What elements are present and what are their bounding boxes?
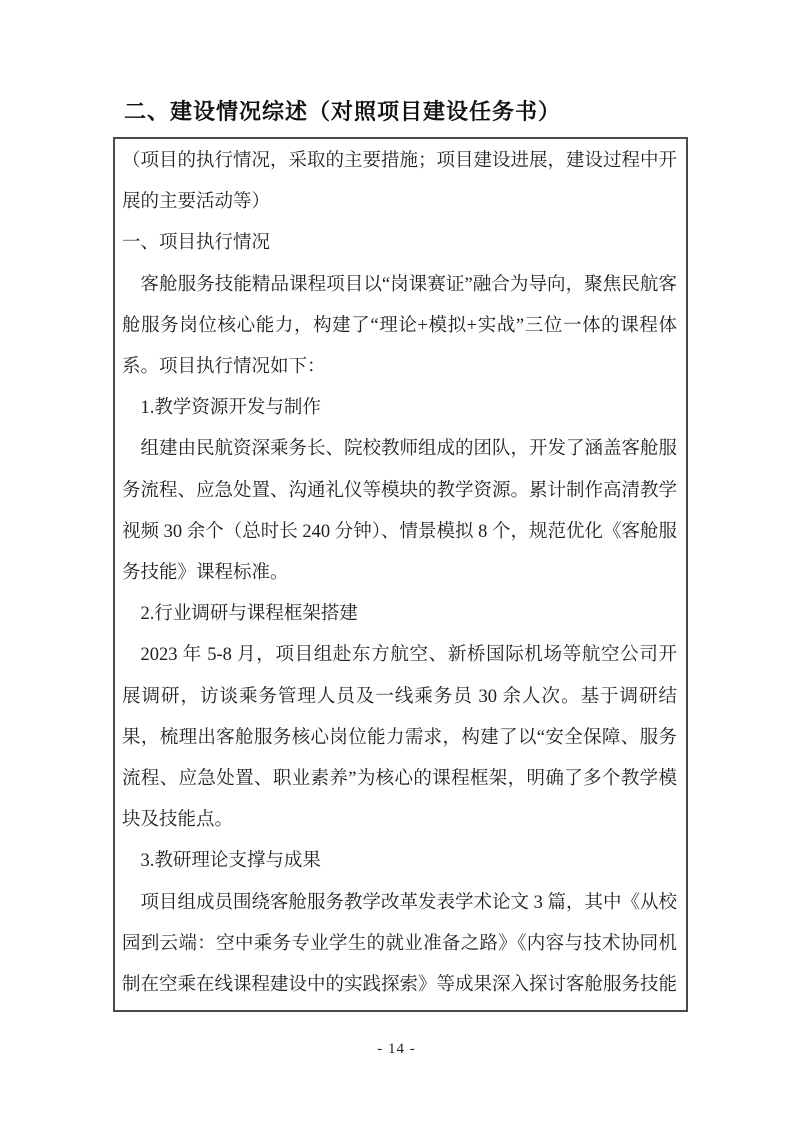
paragraph: 项目组成员围绕客舱服务教学改革发表学术论文 3 篇，其中《从校园到云端：空中乘务… [122,883,677,1007]
box-body: 一、项目执行情况客舱服务技能精品课程项目以“岗课赛证”融合为导向，聚焦民航客舱服… [122,223,677,1006]
paragraph: 组建由民航资深乘务长、院校教师组成的团队，开发了涵盖客舱服务流程、应急处置、沟通… [122,429,677,594]
box-hint-text: （项目的执行情况，采取的主要措施；项目建设进展，建设过程中开展的主要活动等） [122,141,677,223]
section-heading: 2.行业调研与课程框架搭建 [122,594,677,635]
page-number: - 14 - [0,1041,793,1058]
content-box: （项目的执行情况，采取的主要措施；项目建设进展，建设过程中开展的主要活动等） 一… [113,137,688,1012]
section-heading: 1.教学资源开发与制作 [122,388,677,429]
section-heading: 一、项目执行情况 [122,223,677,264]
document-page: 二、建设情况综述（对照项目建设任务书） （项目的执行情况，采取的主要措施；项目建… [0,0,793,1122]
section-heading: 3.教研理论支撑与成果 [122,841,677,882]
paragraph: 2023 年 5-8 月，项目组赴东方航空、新桥国际机场等航空公司开展调研，访谈… [122,635,677,841]
paragraph: 客舱服务技能精品课程项目以“岗课赛证”融合为导向，聚焦民航客舱服务岗位核心能力，… [122,265,677,389]
section-title: 二、建设情况综述（对照项目建设任务书） [124,97,561,127]
